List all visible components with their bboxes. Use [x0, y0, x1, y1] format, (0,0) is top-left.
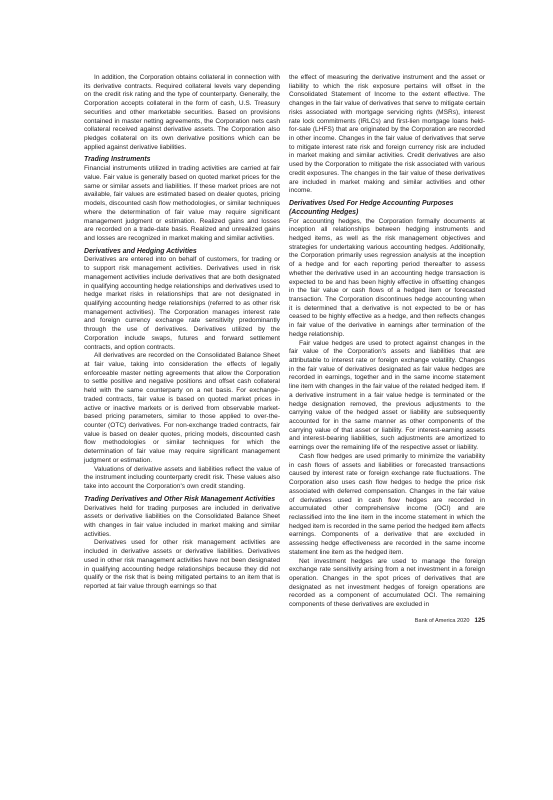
- heading-hedge-accounting-line1: Derivatives Used For Hedge Accounting Pu…: [289, 200, 453, 207]
- paragraph-net-investment-hedges: Net investment hedges are used to manage…: [289, 558, 485, 610]
- page-footer: Bank of America 2020125: [415, 617, 485, 624]
- footer-source: Bank of America 2020: [415, 618, 470, 624]
- heading-trading-derivatives: Trading Derivatives and Other Risk Manag…: [84, 496, 280, 505]
- document-page: In addition, the Corporation obtains col…: [0, 0, 553, 800]
- paragraph-cash-flow-hedges: Cash flow hedges are used primarily to m…: [289, 453, 485, 558]
- right-column: the effect of measuring the derivative i…: [289, 74, 485, 610]
- paragraph-accounting-hedges: For accounting hedges, the Corporation f…: [289, 218, 485, 340]
- paragraph-derivatives-3: Valuations of derivative assets and liab…: [84, 466, 280, 492]
- paragraph-derivatives-2: All derivatives are recorded on the Cons…: [84, 352, 280, 465]
- heading-derivatives-hedging: Derivatives and Hedging Activities: [84, 248, 280, 257]
- paragraph-fair-value-hedges: Fair value hedges are used to protect ag…: [289, 340, 485, 453]
- heading-hedge-accounting-line2: (Accounting Hedges): [289, 209, 358, 216]
- paragraph-continuation: the effect of measuring the derivative i…: [289, 74, 485, 196]
- paragraph-derivatives-1: Derivatives are entered into on behalf o…: [84, 256, 280, 352]
- heading-hedge-accounting: Derivatives Used For Hedge Accounting Pu…: [289, 200, 485, 217]
- page-number: 125: [474, 617, 485, 624]
- left-column: In addition, the Corporation obtains col…: [84, 74, 280, 592]
- paragraph-collateral: In addition, the Corporation obtains col…: [84, 74, 280, 152]
- paragraph-trading-derivatives-2: Derivatives used for other risk manageme…: [84, 539, 280, 591]
- heading-trading-instruments: Trading Instruments: [84, 156, 280, 165]
- paragraph-trading-instruments: Financial instruments utilized in tradin…: [84, 165, 280, 243]
- paragraph-trading-derivatives-1: Derivatives held for trading purposes ar…: [84, 505, 280, 540]
